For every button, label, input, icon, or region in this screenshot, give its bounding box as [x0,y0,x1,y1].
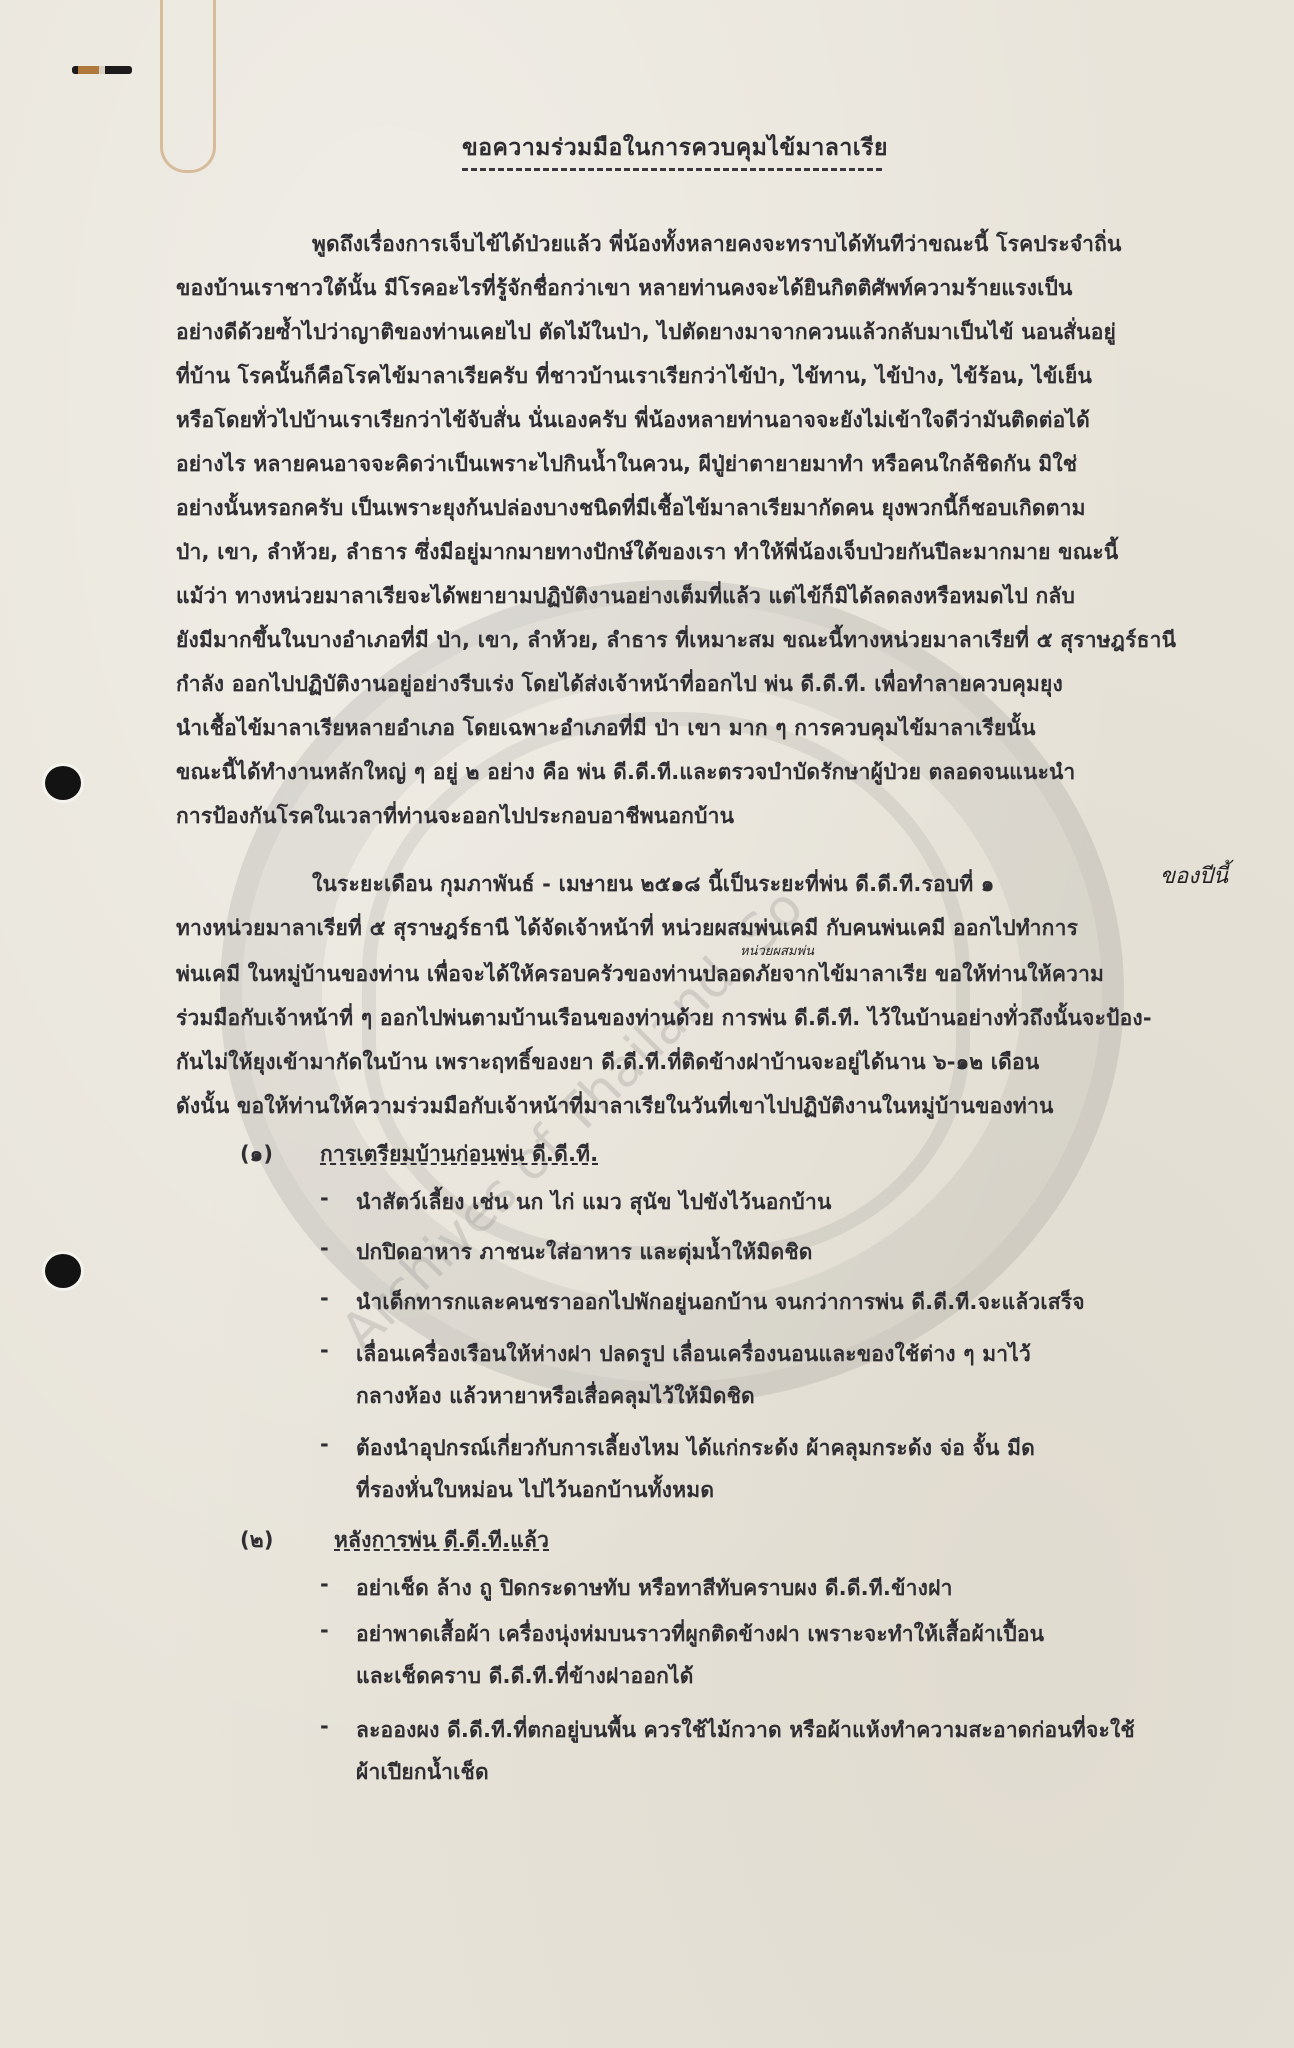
section2-item: อย่าพาดเสื้อผ้า เครื่องนุ่งห่มบนราวที่ผู… [356,1618,1044,1651]
paragraph1-line: ขณะนี้ได้ทำงานหลักใหญ่ ๆ อยู่ ๒ อย่าง คื… [176,756,1075,789]
section1-item-continuation: กลางห้อง แล้วหายาหรือเสื่อคลุมไว้ให้มิดช… [356,1380,755,1413]
section2-heading: หลังการพ่น ดี.ดี.ที.แล้ว [334,1524,549,1557]
bullet: - [320,1714,329,1738]
bullet: - [320,1572,329,1596]
section1-item: นำเด็กทารกและคนชราออกไปพักอยู่นอกบ้าน จน… [356,1286,1085,1319]
section1-item: ต้องนำอุปกรณ์เกี่ยวกับการเลี้ยงไหม ได้แก… [356,1432,1035,1465]
section1-heading: การเตรียมบ้านก่อนพ่น ดี.ดี.ที. [320,1138,598,1171]
paragraph1-line: นำเชื้อไข้มาลาเรียหลายอำเภอ โดยเฉพาะอำเภ… [176,712,1036,745]
paragraph2-line: พ่นเคมี ในหมู่บ้านของท่าน เพื่อจะได้ให้ค… [176,958,1104,991]
paragraph1-line: พูดถึงเรื่องการเจ็บไข้ได้ป่วยแล้ว พี่น้อ… [312,228,1122,261]
paragraph1-line: การป้องกันโรคในเวลาที่ท่านจะออกไปประกอบอ… [176,800,734,833]
punch-hole-bottom [45,1254,81,1288]
paragraph2-line: ทางหน่วยมาลาเรียที่ ๕ สุราษฎร์ธานี ได้จั… [176,912,1078,945]
document-title: ขอความร่วมมือในการควบคุมไข้มาลาเรีย [462,130,888,166]
section2-item-continuation: ผ้าเปียกน้ำเช็ด [356,1756,489,1789]
archive-seal-watermark [220,580,1124,1404]
paragraph1-line: หรือโดยทั่วไปบ้านเราเรียกว่าไข้จับสั่น น… [176,404,1090,437]
section1-item-continuation: ที่รองหั่นใบหม่อน ไปไว้นอกบ้านทั้งหมด [356,1474,714,1507]
paper-stain [160,0,216,173]
section2-item: อย่าเช็ด ล้าง ถู ปิดกระดาษทับ หรือทาสีทั… [356,1572,953,1605]
bullet: - [320,1186,329,1210]
section2-number: (๒) [240,1524,274,1557]
paragraph1-line: ที่บ้าน โรคนั้นก็คือโรคไข้มาลาเรียครับ ท… [176,360,1092,393]
bullet: - [320,1286,329,1310]
staple-mark [72,66,132,74]
section2-item-continuation: และเช็ดคราบ ดี.ดี.ที.ที่ข้างฝาออกได้ [356,1660,694,1693]
bullet: - [320,1338,329,1362]
paragraph1-line: ยังมีมากขึ้นในบางอำเภอที่มี ป่า, เขา, ลำ… [176,624,1176,657]
bullet: - [320,1432,329,1456]
section1-number: (๑) [240,1138,273,1171]
punch-hole-top [45,766,81,800]
paragraph2-line: ร่วมมือกับเจ้าหน้าที่ ๆ ออกไปพ่นตามบ้านเ… [176,1002,1152,1035]
paragraph1-line: กำลัง ออกไปปฏิบัติงานอยู่อย่างรีบเร่ง โด… [176,668,1063,701]
section1-item: นำสัตว์เลี้ยง เช่น นก ไก่ แมว สุนัข ไปขั… [356,1186,832,1219]
paragraph1-line: อย่างไร หลายคนอาจจะคิดว่าเป็นเพราะไปกินน… [176,448,1077,481]
paragraph1-line: แม้ว่า ทางหน่วยมาลาเรียจะได้พยายามปฏิบัต… [176,580,1075,613]
paragraph1-line: ของบ้านเราชาวใต้นั้น มีโรคอะไรที่รู้จักช… [176,272,1073,305]
title-underline [462,168,882,171]
paragraph1-line: อย่างนั้นหรอกครับ เป็นเพราะยุงก้นปล่องบา… [176,492,1086,525]
paragraph1-line: ป่า, เขา, ลำห้วย, ลำธาร ซึ่งมีอยู่มากมาย… [176,536,1118,569]
handwritten-margin-note: ของปีนี้ [1160,858,1228,893]
bullet: - [320,1236,329,1260]
paragraph2-line: ในระยะเดือน กุมภาพันธ์ - เมษายน ๒๕๑๘ นี้… [312,868,994,901]
paragraph2-line: ดังนั้น ขอให้ท่านให้ความร่วมมือกับเจ้าหน… [176,1090,1054,1123]
section2-item: ละอองผง ดี.ดี.ที.ที่ตกอยู่บนพื้น ควรใช้ไ… [356,1714,1135,1747]
bullet: - [320,1618,329,1642]
section1-item: ปกปิดอาหาร ภาชนะใส่อาหาร และตุ่มน้ำให้มิ… [356,1236,813,1269]
paragraph2-line: กันไม่ให้ยุงเข้ามากัดในบ้าน เพราะฤทธิ์ขอ… [176,1046,1039,1079]
section1-item: เลื่อนเครื่องเรือนให้ห่างฝา ปลดรูป เลื่อ… [356,1338,1031,1371]
paragraph1-line: อย่างดีด้วยซ้ำไปว่าญาติของท่านเคยไป ตัดไ… [176,316,1116,349]
